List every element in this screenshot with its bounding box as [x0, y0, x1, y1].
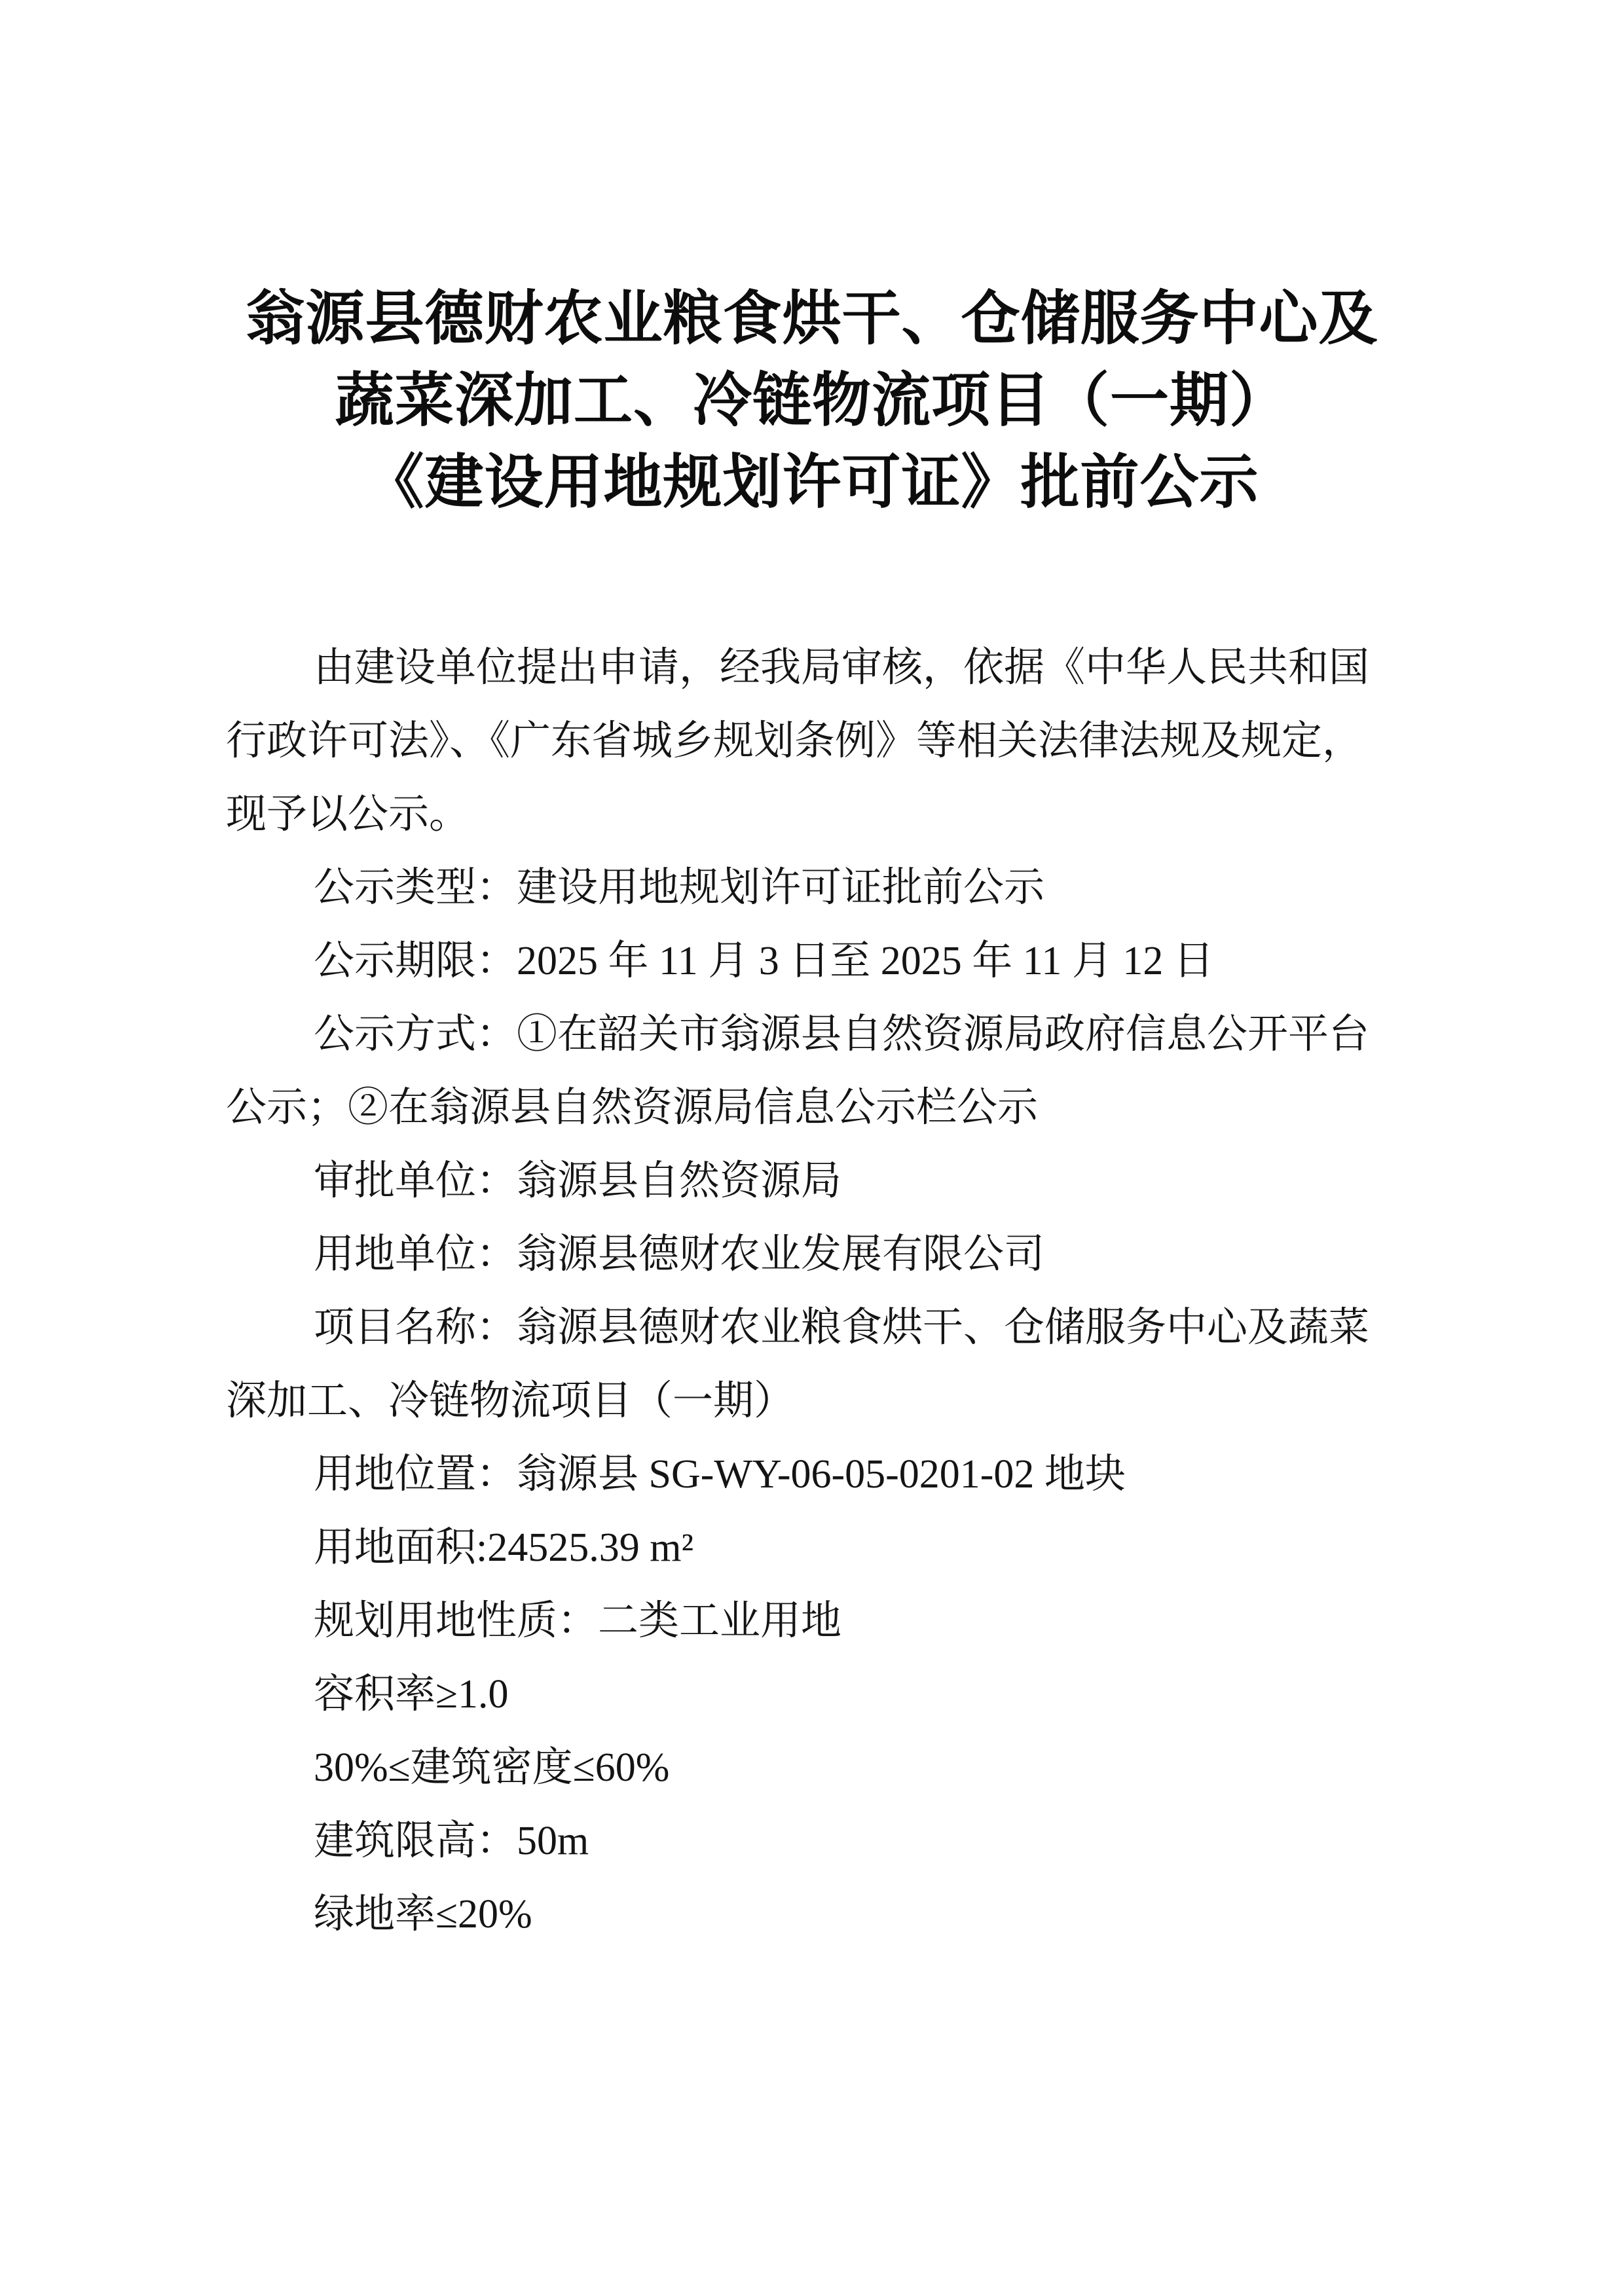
- body-line-approval-authority: 审批单位：翁源县自然资源局: [226, 1144, 1398, 1218]
- body-line-notice-type: 公示类型：建设用地规划许可证批前公示: [226, 851, 1398, 924]
- document-body: 由建设单位提出申请，经我局审核，依据《中华人民共和国 行政许可法》、《广东省城乡…: [226, 631, 1398, 1951]
- body-line-green-ratio: 绿地率≤20%: [226, 1878, 1398, 1951]
- body-line-land-user: 用地单位：翁源县德财农业发展有限公司: [226, 1218, 1398, 1291]
- body-line-notice-method-1: 公示方式：①在韶关市翁源县自然资源局政府信息公开平台: [226, 998, 1398, 1071]
- body-line-building-density: 30%≤建筑密度≤60%: [226, 1731, 1398, 1804]
- body-line-project-name-2: 深加工、冷链物流项目（一期）: [226, 1364, 1398, 1438]
- body-line-land-location: 用地位置：翁源县 SG-WY-06-05-0201-02 地块: [226, 1438, 1398, 1511]
- body-line-notice-method-2: 公示；②在翁源县自然资源局信息公示栏公示: [226, 1071, 1398, 1144]
- body-line-plot-ratio: 容积率≥1.0: [226, 1658, 1398, 1731]
- body-line-land-area: 用地面积:24525.39 m²: [226, 1511, 1398, 1584]
- title-line-2: 蔬菜深加工、冷链物流项目（一期）: [226, 360, 1398, 442]
- body-line-intro-2: 行政许可法》、《广东省城乡规划条例》等相关法律法规及规定，: [226, 704, 1398, 778]
- body-line-height-limit: 建筑限高：50m: [226, 1804, 1398, 1878]
- document-page: 翁源县德财农业粮食烘干、仓储服务中心及 蔬菜深加工、冷链物流项目（一期） 《建设…: [0, 0, 1624, 2296]
- body-line-land-use-type: 规划用地性质：二类工业用地: [226, 1584, 1398, 1658]
- document-title: 翁源县德财农业粮食烘干、仓储服务中心及 蔬菜深加工、冷链物流项目（一期） 《建设…: [226, 278, 1398, 524]
- title-line-1: 翁源县德财农业粮食烘干、仓储服务中心及: [226, 278, 1398, 360]
- title-line-3: 《建设用地规划许可证》批前公示: [226, 442, 1398, 524]
- body-line-intro-1: 由建设单位提出申请，经我局审核，依据《中华人民共和国: [226, 631, 1398, 704]
- body-line-intro-3: 现予以公示。: [226, 778, 1398, 851]
- body-line-project-name-1: 项目名称：翁源县德财农业粮食烘干、仓储服务中心及蔬菜: [226, 1291, 1398, 1364]
- body-line-notice-period: 公示期限：2025 年 11 月 3 日至 2025 年 11 月 12 日: [226, 924, 1398, 998]
